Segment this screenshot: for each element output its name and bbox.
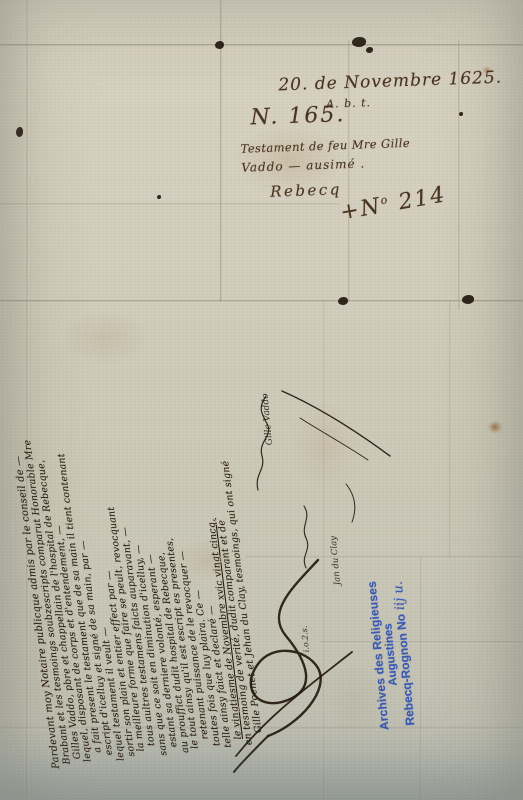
endorsement-archive-number: +No 214 bbox=[338, 182, 448, 225]
endorsement-place: Rebecq bbox=[270, 180, 342, 200]
ink-spot bbox=[338, 297, 348, 305]
endorsement-number: N. 165. bbox=[250, 102, 346, 130]
fold-crease bbox=[245, 556, 523, 559]
signature-flourish bbox=[257, 396, 269, 490]
endorsement-date: 20. de Novembre 1625. bbox=[278, 68, 502, 96]
endorsement-title-line1: Testament de feu Mre Gille bbox=[240, 136, 410, 156]
fold-crease bbox=[449, 300, 452, 558]
notarial-annotation: i.o.2.s. bbox=[300, 625, 311, 652]
fold-crease bbox=[0, 300, 523, 303]
stamp-handwritten-number: iij u. bbox=[391, 580, 408, 610]
paraph-line bbox=[300, 418, 368, 460]
fold-crease bbox=[323, 300, 326, 800]
archive-sup: o bbox=[379, 193, 390, 207]
endorsement-title-line2: Vaddo — ausimé . bbox=[241, 156, 365, 174]
testament-body: Pardevant moy Notaire publicque admis pa… bbox=[0, 295, 265, 770]
endorsement-block: 20. de Novembre 1625. A. b. t. N. 165. T… bbox=[0, 0, 523, 269]
manuscript-photo: 20. de Novembre 1625. A. b. t. N. 165. T… bbox=[0, 0, 523, 800]
archive-num: 214 bbox=[397, 182, 449, 215]
signature-flourish bbox=[346, 484, 355, 522]
paraph-line bbox=[282, 391, 390, 456]
ink-spot bbox=[462, 295, 474, 304]
manuscript-lines: Pardevant moy Notaire publicque admis pa… bbox=[0, 294, 267, 769]
paper-stain bbox=[487, 420, 503, 434]
signature-jan-du-clay: Jan du Clay bbox=[329, 535, 343, 587]
signature-gille: Gille Vaddo bbox=[260, 392, 275, 445]
